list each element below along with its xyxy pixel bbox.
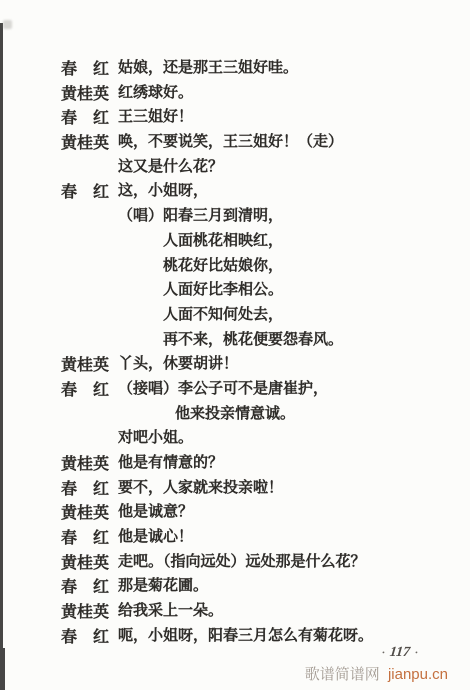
dialogue-text: 他是诚心！ [118,529,193,545]
dialogue-text: 人面不知何处去， [163,307,283,323]
scan-smudge [3,20,12,29]
dialogue-text: 再不来，桃花便要怨春风。 [163,332,343,348]
speaker-name: 春红 [61,56,109,79]
dialogue-text: （唱）阳春三月到清明， [118,208,283,224]
script-line: 春红（接唱）李公子可不是唐崔护， [0,377,470,402]
speaker-name: 春红 [61,624,109,647]
dialogue-text: 对吧小姐。 [118,430,193,446]
script-line: 黄桂英给我采上一朵。 [0,599,470,624]
dialogue-text: 这又是什么花？ [118,159,223,175]
dialogue-text: 人面桃花相映红， [163,233,283,249]
speaker-name: 春红 [61,525,109,548]
script-line: 春红这，小姐呀， [0,179,470,204]
dialogue-text: 他来投亲情意诚。 [175,406,295,422]
speaker-name: 春红 [61,476,109,499]
dialogue-text: 这，小姐呀， [118,183,208,199]
speaker-name: 黄桂英 [61,550,109,573]
speaker-name: 春红 [61,377,109,400]
script-line: 黄桂英唤，不要说笑，王三姐好！（走） [0,130,470,155]
dialogue-text: 那是菊花圃。 [118,578,208,594]
script-line: 这又是什么花？ [0,155,470,180]
book-page: 春红姑娘，还是那王三姐好哇。黄桂英红绣球好。春红王三姐好！黄桂英唤，不要说笑，王… [0,0,470,690]
dialogue-text: 姑娘，还是那王三姐好哇。 [118,60,298,76]
watermark-site-url: jianpu.cn [388,666,448,683]
script-line: 春红姑娘，还是那王三姐好哇。 [0,56,470,81]
page-number: · 117 · [381,645,418,661]
dialogue-text: 给我采上一朵。 [118,603,223,619]
script-line: 春红要不，人家就来投亲啦！ [0,476,470,501]
speaker-name: 黄桂英 [61,352,109,375]
script-line: 黄桂英他是有情意的？ [0,451,470,476]
page-number-decor-left: · [381,648,385,659]
dialogue-text: 唤，不要说笑，王三姐好！（走） [118,134,343,150]
dialogue-text: 丫头，休要胡讲！ [118,356,238,372]
script-line: 人面好比李相公。 [0,278,470,303]
speaker-name: 黄桂英 [61,81,109,104]
script-line: 黄桂英红绣球好。 [0,81,470,106]
dialogue-text: 走吧。（指向远处）远处那是什么花？ [118,554,366,570]
script-line: 黄桂英走吧。（指向远处）远处那是什么花？ [0,550,470,575]
speaker-name: 黄桂英 [61,130,109,153]
script-line: 人面桃花相映红， [0,229,470,254]
script-line: 黄桂英丫头，休要胡讲！ [0,352,470,377]
script-line: 春红王三姐好！ [0,105,470,130]
dialogue-text: 他是有情意的？ [118,455,223,471]
script-line: 春红他是诚心！ [0,525,470,550]
script-line: 他来投亲情意诚。 [0,402,470,427]
speaker-name: 春红 [61,179,109,202]
script-line: 对吧小姐。 [0,426,470,451]
script-line: 再不来，桃花便要怨春风。 [0,328,470,353]
dialogue-text: （接唱）李公子可不是唐崔护， [118,381,328,397]
dialogue-text: 桃花好比姑娘你， [163,258,283,274]
watermark: 歌谱简谱网 jianpu.cn [305,663,448,684]
speaker-name: 黄桂英 [61,500,109,523]
script-line: 桃花好比姑娘你， [0,254,470,279]
watermark-site-name: 歌谱简谱网 [305,666,380,683]
page-number-value: 117 [389,645,411,661]
page-number-decor-right: · [414,648,418,659]
script-line: 春红那是菊花圃。 [0,574,470,599]
speaker-name: 黄桂英 [61,599,109,622]
script-line: 黄桂英他是诚意？ [0,500,470,525]
speaker-name: 春红 [61,574,109,597]
speaker-name: 黄桂英 [61,451,109,474]
speaker-name: 春红 [61,105,109,128]
dialogue-text: 红绣球好。 [118,85,193,101]
script-lines: 春红姑娘，还是那王三姐好哇。黄桂英红绣球好。春红王三姐好！黄桂英唤，不要说笑，王… [0,56,470,649]
dialogue-text: 他是诚意？ [118,504,193,520]
dialogue-text: 人面好比李相公。 [163,282,283,298]
script-line: （唱）阳春三月到清明， [0,204,470,229]
dialogue-text: 王三姐好！ [118,109,193,125]
spine-shadow-foot [0,648,5,690]
script-line: 人面不知何处去， [0,303,470,328]
dialogue-text: 呃，小姐呀，阳春三月怎么有菊花呀。 [118,628,373,644]
dialogue-text: 要不，人家就来投亲啦！ [118,480,283,496]
